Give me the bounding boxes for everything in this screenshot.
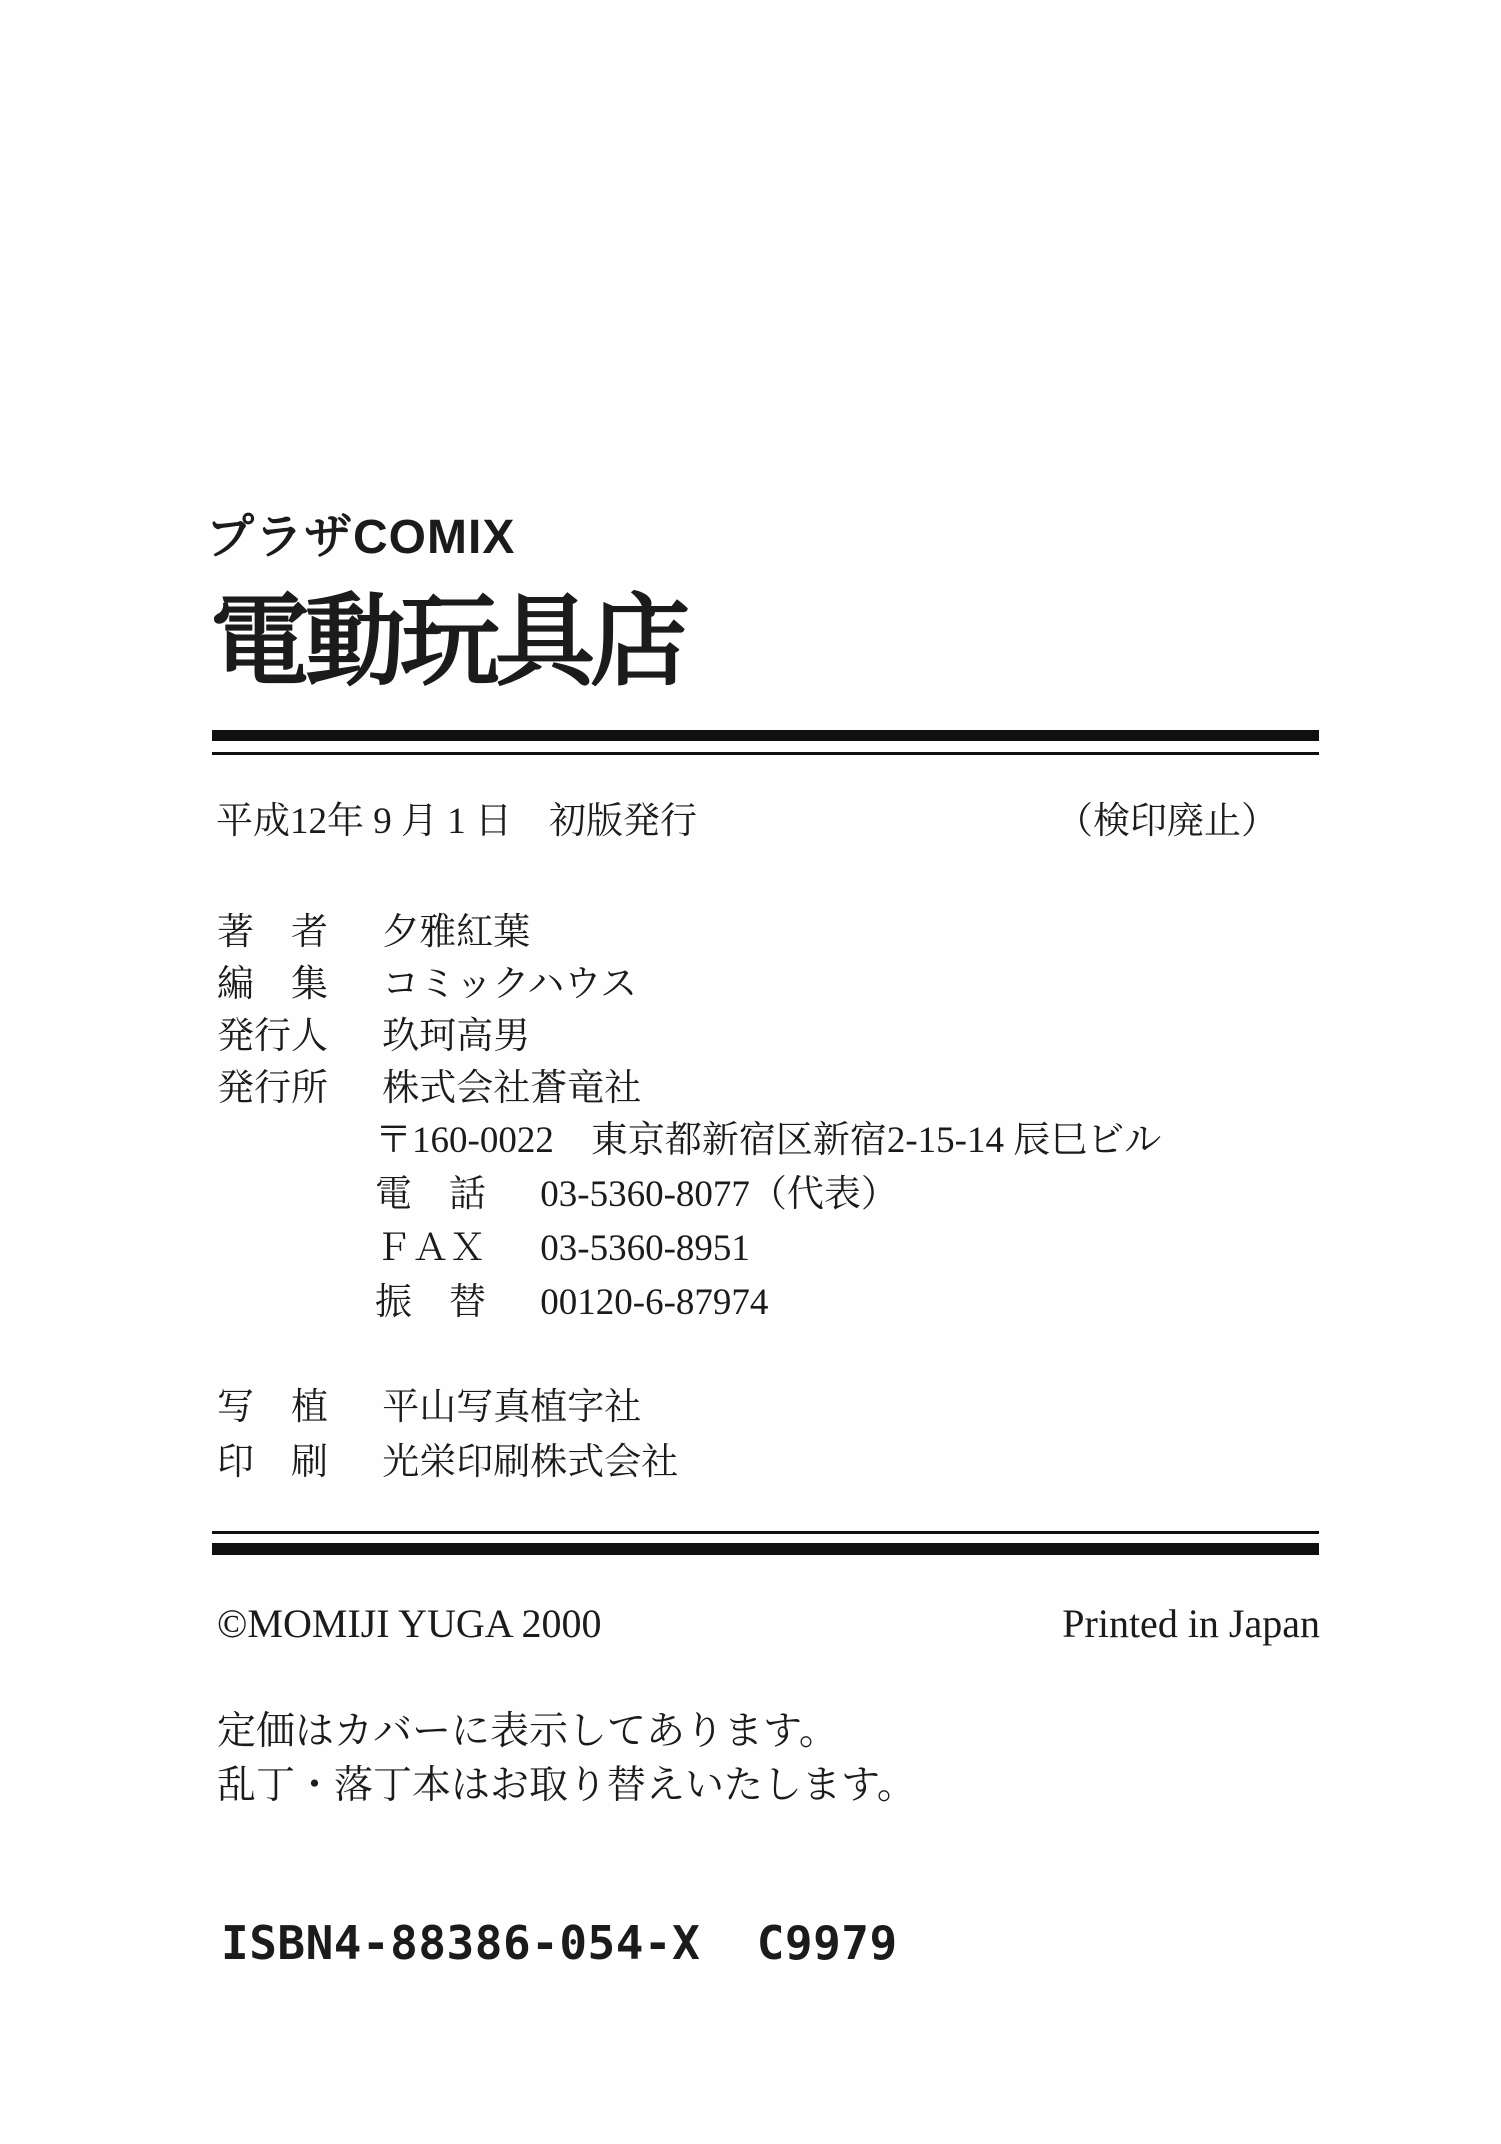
contact-row-fax: ＦＡＸ 03-5360-8951 bbox=[375, 1222, 1161, 1276]
divider-top-thick bbox=[212, 730, 1319, 741]
seal-abolition-note: （検印廃止） bbox=[1056, 799, 1278, 845]
publisher-contact-block: 〒160-0022 東京都新宿区新宿2-15-14 辰巳ビル 電 話 03-53… bbox=[375, 1114, 1161, 1330]
imprint-label: プラザCOMIX bbox=[206, 512, 515, 564]
credit-value: 玖珂高男 bbox=[382, 1016, 530, 1057]
credit-row-editor: 編 集 コミックハウス bbox=[217, 959, 641, 1011]
production-row-printing: 印 刷 光栄印刷株式会社 bbox=[217, 1435, 678, 1490]
contact-label: ＦＡＸ bbox=[375, 1222, 491, 1276]
credit-label: 発行人 bbox=[217, 1011, 330, 1063]
divider-top-thin bbox=[212, 752, 1319, 755]
credit-label: 編 集 bbox=[217, 959, 330, 1011]
credit-label: 著 者 bbox=[217, 907, 330, 959]
credit-row-author: 著 者 夕雅紅葉 bbox=[217, 907, 641, 959]
notice-price: 定価はカバーに表示してあります。 bbox=[217, 1705, 916, 1759]
credit-row-publisher-person: 発行人 玖珂高男 bbox=[217, 1011, 641, 1063]
credit-value: コミックハウス bbox=[382, 964, 637, 1005]
production-value: 平山写真植字社 bbox=[382, 1387, 641, 1428]
copyright-text: ©MOMIJI YUGA 2000 bbox=[217, 1600, 601, 1648]
contact-value: 03-5360-8077（代表） bbox=[540, 1174, 898, 1215]
notices-block: 定価はカバーに表示してあります。 乱丁・落丁本はお取り替えいたします。 bbox=[217, 1705, 916, 1813]
production-list: 写 植 平山写真植字社 印 刷 光栄印刷株式会社 bbox=[217, 1380, 678, 1490]
credit-row-publishing-house: 発行所 株式会社蒼竜社 bbox=[217, 1063, 641, 1115]
copyright-row: ©MOMIJI YUGA 2000 Printed in Japan bbox=[217, 1600, 1320, 1648]
contact-value: 03-5360-8951 bbox=[540, 1228, 750, 1269]
contact-label: 電 話 bbox=[375, 1168, 491, 1222]
divider-bottom-thick bbox=[212, 1543, 1319, 1555]
publisher-address: 〒160-0022 東京都新宿区新宿2-15-14 辰巳ビル bbox=[375, 1114, 1161, 1168]
isbn-line: ISBN4-88386-054-X C9979 bbox=[221, 1917, 898, 1969]
colophon-page: プラザCOMIX 電動玩具店 平成12年 9 月 1 日 初版発行 （検印廃止）… bbox=[0, 0, 1501, 2144]
contact-row-postal-transfer: 振 替 00120-6-87974 bbox=[375, 1276, 1161, 1330]
production-label: 印 刷 bbox=[217, 1435, 330, 1490]
edition-date: 平成12年 9 月 1 日 初版発行 bbox=[216, 799, 697, 845]
contact-label: 振 替 bbox=[375, 1276, 491, 1330]
divider-bottom-thin bbox=[212, 1531, 1319, 1534]
production-value: 光栄印刷株式会社 bbox=[382, 1442, 678, 1483]
production-row-typesetting: 写 植 平山写真植字社 bbox=[217, 1380, 678, 1435]
printed-in-japan: Printed in Japan bbox=[1062, 1600, 1320, 1648]
credit-label: 発行所 bbox=[217, 1063, 330, 1115]
credit-value: 夕雅紅葉 bbox=[382, 912, 530, 953]
notice-replacement: 乱丁・落丁本はお取り替えいたします。 bbox=[217, 1759, 916, 1813]
production-label: 写 植 bbox=[217, 1380, 330, 1435]
credits-list: 著 者 夕雅紅葉 編 集 コミックハウス 発行人 玖珂高男 発行所 株式会社蒼竜… bbox=[217, 907, 641, 1115]
edition-row: 平成12年 9 月 1 日 初版発行 （検印廃止） bbox=[216, 799, 1278, 845]
book-title: 電動玩具店 bbox=[210, 586, 685, 698]
contact-value: 00120-6-87974 bbox=[540, 1282, 768, 1323]
credit-value: 株式会社蒼竜社 bbox=[382, 1068, 641, 1109]
contact-row-phone: 電 話 03-5360-8077（代表） bbox=[375, 1168, 1161, 1222]
